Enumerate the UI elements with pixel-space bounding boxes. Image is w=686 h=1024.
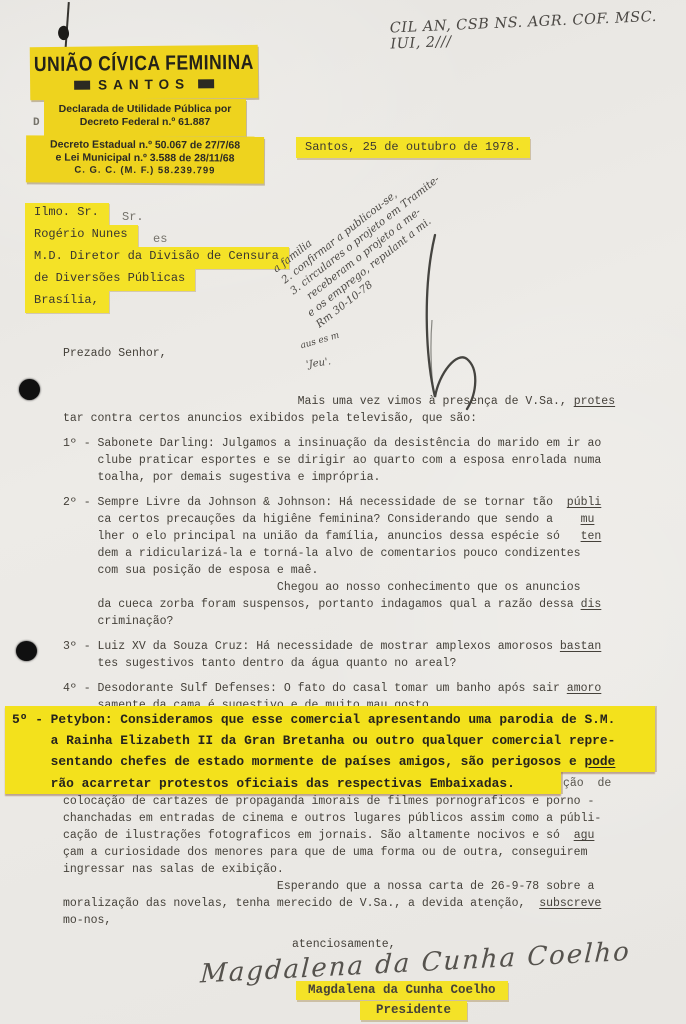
- small-scribble: aus es m: [299, 331, 340, 352]
- typewritten-line: clube praticar esportes e se dirigir ao …: [63, 452, 615, 469]
- typewritten-line: [63, 486, 615, 494]
- highlighted-item-5-last-line: rão acarretar protestos oficiais das res…: [5, 772, 561, 794]
- highlighted-typewritten-line: rão acarretar protestos oficiais das res…: [12, 773, 561, 794]
- typewritten-line: 4º - Desodorante Sulf Defenses: O fato d…: [63, 680, 615, 697]
- decree-federal-line1: Declarada de Utilidade Pública por: [44, 103, 246, 116]
- punch-hole: [16, 641, 37, 661]
- typewritten-line: Mais uma vez vimos à presença de V.Sa., …: [63, 393, 615, 410]
- punch-hole: [19, 379, 40, 400]
- typewritten-line: chanchadas em entradas de cinema e outro…: [63, 810, 601, 827]
- typewritten-line: lher o elo principal na união da família…: [63, 528, 615, 545]
- typewritten-line: [63, 630, 615, 638]
- typewritten-line: cação de ilustrações fotograficos em jor…: [63, 827, 601, 844]
- highlighted-typewritten-line: a Rainha Elizabeth II da Gran Bretanha o…: [12, 730, 655, 751]
- org-stamp-law-box: Decreto Estadual n.º 50.067 de 27/7/68 e…: [26, 135, 264, 183]
- typewritten-line: colocação de cartazes de propaganda imor…: [63, 793, 601, 810]
- signature-typed: Magdalena da Cunha Coelho: [296, 981, 508, 1000]
- addressee-block: Ilmo. Sr.Rogério NunesM.D. Diretor da Di…: [25, 203, 289, 313]
- signature-title: Presidente: [360, 1001, 467, 1020]
- letter-scan-page: CIL AN, CSB NS. AGR. COF. MSC. IUI, 2///…: [0, 0, 686, 1024]
- small-scribble: 'Jeu'.: [305, 356, 331, 370]
- typewritten-line: moralização das novelas, tenha merecido …: [63, 895, 601, 912]
- highlighted-typewritten-line: sentando chefes de estado mormente de pa…: [12, 751, 655, 772]
- letter-body-part1: Mais uma vez vimos à presença de V.Sa., …: [63, 393, 615, 714]
- stamp-edge-mark: [74, 81, 90, 90]
- typewritten-line: da cueca zorba foram suspensos, portanto…: [63, 596, 615, 613]
- typewritten-line: [63, 427, 615, 435]
- typewritten-line: dem a ridicularizá-la e torná-la alvo de…: [63, 545, 615, 562]
- typewritten-line: Esperando que a nossa carta de 26-9-78 s…: [63, 878, 601, 895]
- org-city: SANTOS: [98, 77, 190, 93]
- typewritten-line: 2º - Sempre Livre da Johnson & Johnson: …: [63, 494, 615, 511]
- catalog-code-annotation: CIL AN, CSB NS. AGR. COF. MSC. IUI, 2///: [389, 7, 686, 52]
- addressee-line: Rogério Nunes: [25, 225, 138, 247]
- typewritten-line: tes sugestivos tanto dentro da água quan…: [63, 655, 615, 672]
- letter-body-part2: colocação de cartazes de propaganda imor…: [63, 793, 601, 929]
- covered-print-fragment: D: [33, 117, 40, 129]
- org-city-row: SANTOS: [30, 76, 258, 93]
- highlighted-typewritten-line: 5º - Petybon: Consideramos que esse come…: [12, 709, 655, 730]
- typewritten-line: ca certos precauções da higiêne feminina…: [63, 511, 615, 528]
- org-stamp-decree-box: Declarada de Utilidade Pública por Decre…: [44, 99, 246, 136]
- highlighted-item-5: 5º - Petybon: Consideramos que esse come…: [5, 706, 655, 772]
- stamp-edge-mark: [198, 79, 214, 88]
- flourish-mark: [405, 225, 495, 415]
- typewritten-line: mo-nos,: [63, 912, 601, 929]
- typewritten-line: Chegou ao nosso conhecimento que os anun…: [63, 579, 615, 596]
- addressee-line: de Diversões Públicas: [25, 269, 195, 291]
- decree-federal-line2: Decreto Federal n.º 61.887: [44, 116, 246, 129]
- law-municipal-line: e Lei Municipal n.º 3.588 de 28/11/68: [26, 151, 264, 165]
- addressee-line: Brasília,: [25, 291, 109, 313]
- decree-state-line: Decreto Estadual n.º 50.067 de 27/7/68: [26, 138, 264, 152]
- typewritten-line: ingressar nas salas de exibição.: [63, 861, 601, 878]
- typewritten-line: com sua posição de esposa e maê.: [63, 562, 615, 579]
- addressee-line: M.D. Diretor da Divisão de Censura: [25, 247, 289, 269]
- ink-blob: [56, 25, 70, 41]
- typewritten-line: toalha, por demais sugestiva e imprópria…: [63, 469, 615, 486]
- typewritten-line: [63, 672, 615, 680]
- typewritten-line: tar contra certos anuncios exibidos pela…: [63, 410, 615, 427]
- typewritten-line: criminação?: [63, 613, 615, 630]
- org-stamp-title-box: UNIÃO CÍVICA FEMININA SANTOS: [30, 45, 259, 100]
- org-name: UNIÃO CÍVICA FEMININA: [30, 50, 258, 77]
- typewritten-line: 3º - Luiz XV da Souza Cruz: Há necessida…: [63, 638, 615, 655]
- cgc-line: C. G. C. (M. F.) 58.239.799: [26, 164, 264, 177]
- addressee-line: Ilmo. Sr.: [25, 203, 109, 225]
- typewritten-line: 1º - Sabonete Darling: Julgamos a insinu…: [63, 435, 615, 452]
- covered-text-fragment: ção de: [563, 775, 611, 792]
- typewritten-line: çam a curiosidade dos menores para que d…: [63, 844, 601, 861]
- salutation: Prezado Senhor,: [63, 345, 167, 362]
